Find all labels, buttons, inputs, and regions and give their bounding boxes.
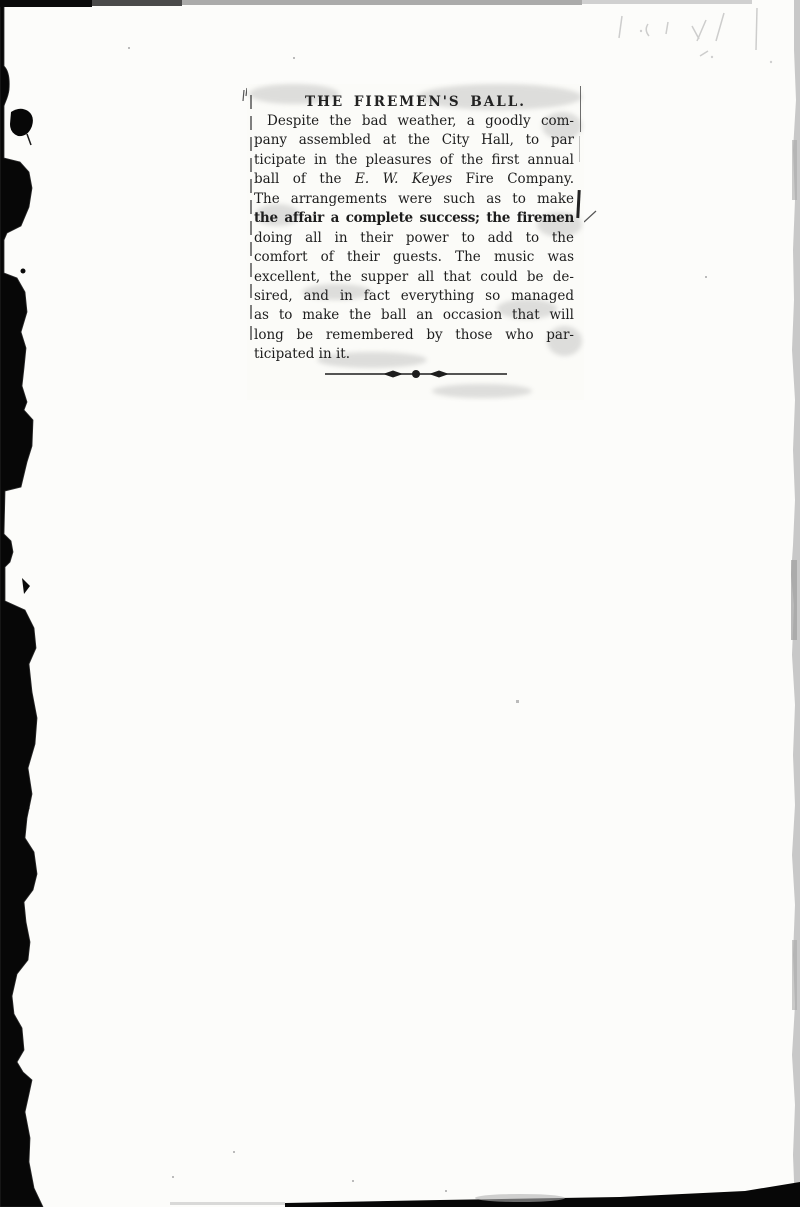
body-text: ticipated in it. bbox=[254, 346, 350, 362]
age-smudge bbox=[432, 384, 532, 398]
body-text: the affair a complete success; the firem… bbox=[254, 210, 574, 226]
pen-stroke bbox=[576, 190, 580, 218]
bottom-edge-dark bbox=[285, 1182, 800, 1207]
article-title: THE FIREMEN'S BALL. bbox=[247, 94, 584, 110]
clipping-line: sired, and in fact everything so managed bbox=[254, 287, 574, 306]
body-text: comfort of their guests. The music was bbox=[254, 249, 574, 265]
divider-ornament-icon bbox=[325, 367, 507, 381]
bottom-edge-light bbox=[170, 1202, 285, 1205]
clipping-line: ticipated in it. bbox=[254, 345, 574, 364]
bottom-edge-smudge bbox=[475, 1194, 565, 1202]
italic-text: E. W. Keyes bbox=[355, 171, 452, 187]
clipping-body: Despite the bad weather, a goodly com-pa… bbox=[254, 112, 574, 365]
clipping-line: ball of the E. W. Keyes Fire Company. bbox=[254, 170, 574, 189]
clipping-line: Despite the bad weather, a goodly com- bbox=[254, 112, 574, 131]
ink-speck bbox=[27, 807, 30, 810]
body-text: pany assembled at the City Hall, to par bbox=[254, 132, 574, 148]
clipping-line: as to make the ball an occasion that wil… bbox=[254, 306, 574, 325]
clipping-line: long be remembered by those who par- bbox=[254, 326, 574, 345]
body-text: The arrangements were such as to make bbox=[254, 191, 574, 207]
right-edge-tick bbox=[792, 940, 797, 1010]
body-text: long be remembered by those who par- bbox=[254, 327, 574, 343]
clipping-line: pany assembled at the City Hall, to par bbox=[254, 131, 574, 150]
right-edge-tick bbox=[792, 140, 797, 200]
pencil-dot bbox=[711, 56, 713, 58]
top-edge-light bbox=[582, 0, 752, 4]
column-rule-right-faint bbox=[579, 136, 580, 162]
top-edge-mid bbox=[92, 0, 182, 6]
body-text: excellent, the supper all that could be … bbox=[254, 269, 574, 285]
newspaper-clipping: THE FIREMEN'S BALL. Despite the bad weat… bbox=[247, 84, 584, 400]
clipping-line: excellent, the supper all that could be … bbox=[254, 268, 574, 287]
torn-edge-left bbox=[0, 0, 43, 1207]
clipping-line: The arrangements were such as to make bbox=[254, 190, 574, 209]
torn-edge-blob bbox=[10, 109, 33, 136]
top-edge-dark bbox=[0, 0, 92, 7]
pencil-dot bbox=[640, 30, 642, 32]
pencil-dot bbox=[770, 61, 772, 63]
clipping-line: the affair a complete success; the firem… bbox=[254, 209, 574, 228]
right-edge-strip bbox=[791, 0, 800, 1207]
body-text: as to make the ball an occasion that wil… bbox=[254, 307, 574, 323]
clipping-line: comfort of their guests. The music was bbox=[254, 248, 574, 267]
clipping-line: doing all in their power to add to the bbox=[254, 229, 574, 248]
body-text: ticipate in the pleasures of the first a… bbox=[254, 152, 574, 168]
body-text: doing all in their power to add to the bbox=[254, 230, 574, 246]
pencil-marks bbox=[619, 8, 757, 56]
torn-edge-blob-tail bbox=[27, 134, 31, 145]
top-edge-gray bbox=[182, 0, 582, 5]
ink-speck bbox=[21, 269, 26, 274]
scanned-page: THE FIREMEN'S BALL. Despite the bad weat… bbox=[0, 0, 800, 1207]
body-text: Fire Company. bbox=[452, 171, 574, 187]
right-edge-tick bbox=[791, 560, 797, 640]
clipping-line: ticipate in the pleasures of the first a… bbox=[254, 151, 574, 170]
body-text: Despite the bad weather, a goodly com- bbox=[267, 113, 574, 129]
ink-speck bbox=[22, 578, 30, 594]
body-text: sired, and in fact everything so managed bbox=[254, 288, 574, 304]
body-text: ball of the bbox=[254, 171, 355, 187]
column-rule-left bbox=[250, 95, 252, 347]
